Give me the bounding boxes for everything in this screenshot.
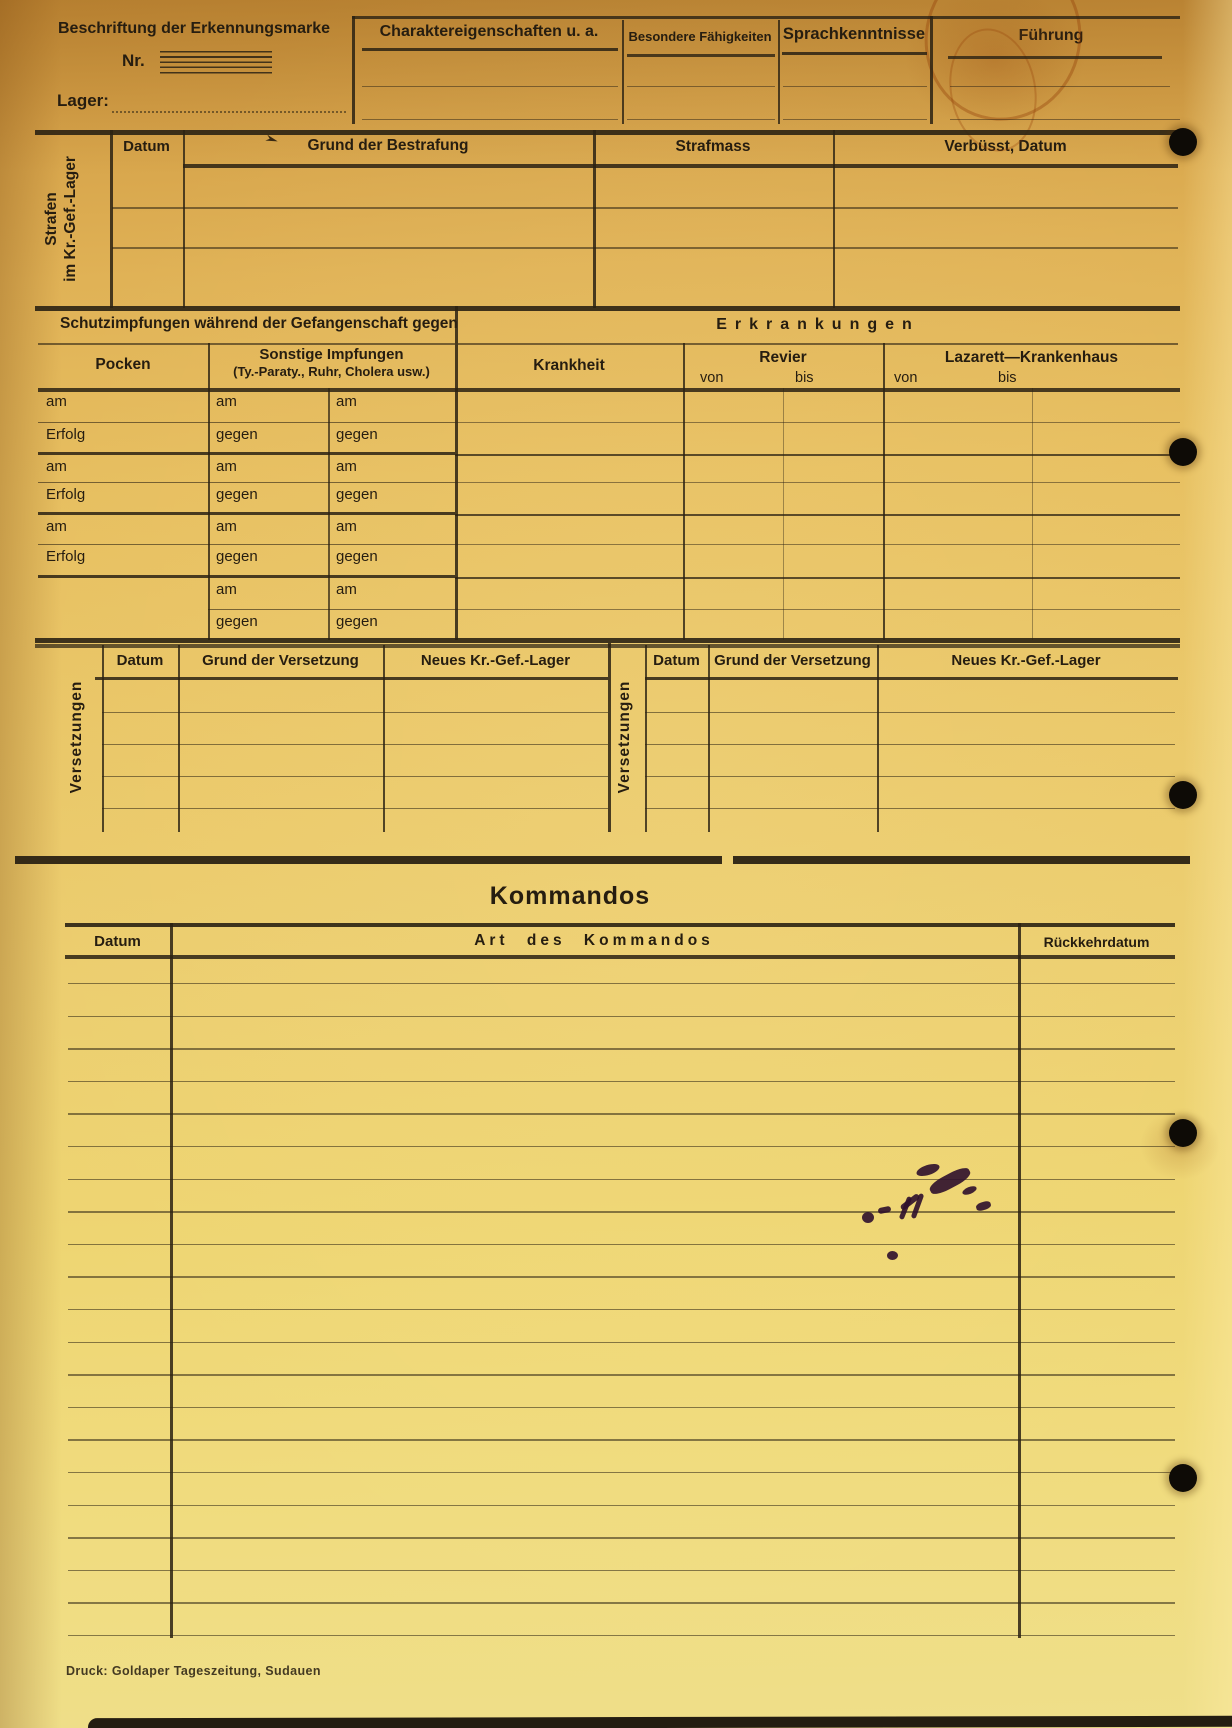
ruled-line — [68, 1374, 1175, 1375]
vaccinations-header-other-line1: Sonstige Impfungen — [208, 346, 455, 363]
vaccination-cell: gegen — [328, 545, 455, 578]
ruled-line — [68, 1472, 1175, 1473]
rule — [930, 16, 933, 124]
vaccination-cell: am — [328, 455, 455, 483]
punishments-side-label: Strafen im Kr.-Gef.-Lager — [42, 130, 102, 308]
transfers-left-header-new-camp: Neues Kr.-Gef.-Lager — [383, 652, 608, 669]
ruled-line — [68, 1048, 1175, 1049]
ink-splatter — [915, 1162, 941, 1179]
camp-dotted-line — [112, 95, 346, 113]
rule — [627, 54, 775, 57]
rule — [683, 343, 685, 640]
vaccinations-header-smallpox: Pocken — [38, 356, 208, 374]
rule — [352, 16, 1180, 19]
ruled-line — [68, 1179, 1175, 1180]
rule — [458, 343, 1178, 345]
rule — [948, 56, 1162, 59]
vaccination-cell: gegen — [208, 610, 328, 640]
punishments-side-label-line2: im Kr.-Gef.-Lager — [61, 130, 80, 308]
vaccination-cell: am — [328, 578, 455, 610]
ruled-line — [68, 1146, 1175, 1147]
ruled-line — [68, 983, 1175, 984]
transfers-right-side-label: Versetzungen — [616, 647, 640, 827]
rule — [455, 482, 1180, 483]
rule — [65, 923, 1175, 927]
transfers-left-side-label: Versetzungen — [68, 647, 92, 827]
rule — [35, 306, 1180, 311]
rule — [627, 119, 775, 120]
illnesses-header-sickbay: Revier — [683, 349, 883, 367]
rule — [627, 86, 775, 87]
rule — [645, 645, 647, 832]
punch-hole — [1169, 781, 1197, 809]
ruled-line — [68, 1342, 1175, 1343]
vaccination-cell: am — [38, 455, 208, 483]
vaccination-cell: Erfolg — [38, 545, 208, 578]
rule — [455, 422, 1180, 423]
ruled-line — [68, 1276, 1175, 1277]
punishments-header-date: Datum — [110, 138, 183, 155]
vaccination-cell: gegen — [328, 483, 455, 515]
illnesses-header-hospital: Lazarett—Krankenhaus — [883, 349, 1180, 367]
rule — [950, 119, 1180, 120]
punishments-header-served-date: Verbüsst, Datum — [833, 138, 1178, 156]
rule — [1018, 923, 1021, 1638]
printer-imprint: Druck: Goldaper Tageszeitung, Sudauen — [66, 1664, 321, 1678]
illnesses-header-disease: Krankheit — [455, 357, 683, 375]
punishments-header-reason: Grund der Bestrafung — [183, 137, 593, 155]
ruled-line — [68, 1081, 1175, 1082]
pow-record-card-back: Beschriftung der Erkennungsmarke Nr. Lag… — [0, 0, 1232, 1728]
rule — [455, 609, 1180, 610]
rule — [608, 643, 611, 832]
vaccination-cell: gegen — [328, 423, 455, 455]
camp-label: Lager: — [57, 91, 109, 111]
ink-splatter — [887, 1251, 898, 1260]
rule — [183, 130, 185, 308]
rule — [645, 776, 1175, 777]
rule — [883, 343, 885, 640]
ink-splatter — [878, 1206, 892, 1215]
vaccination-cell: Erfolg — [38, 483, 208, 515]
rule — [782, 52, 927, 55]
punch-hole — [1169, 128, 1197, 156]
rule — [593, 130, 596, 308]
rule — [170, 923, 173, 1638]
ruled-line — [68, 1113, 1175, 1114]
rule — [102, 645, 104, 832]
hospital-to-label: bis — [998, 370, 1017, 386]
scan-edge-bottom — [88, 1716, 1232, 1728]
column-header-conduct: Führung — [934, 27, 1168, 45]
id-block-title: Beschriftung der Erkennungsmarke — [58, 20, 350, 38]
vaccinations-title: Schutzimpfungen während der Gefangenscha… — [60, 315, 458, 333]
rule — [15, 856, 722, 864]
rule — [455, 306, 458, 640]
id-number-write-lines — [160, 51, 272, 75]
work-details-header-date: Datum — [65, 933, 170, 950]
work-details-header-type: Art des Kommandos — [170, 932, 1018, 950]
punch-hole — [1169, 438, 1197, 466]
ruled-line — [68, 1570, 1175, 1571]
rule — [352, 16, 355, 124]
vaccination-cell: am — [328, 515, 455, 545]
punch-hole — [1169, 1464, 1197, 1492]
rule — [778, 20, 780, 124]
column-header-character-traits: Charaktereigenschaften u. a. — [358, 23, 620, 41]
column-header-language-skills: Sprachkenntnisse — [780, 25, 928, 44]
vaccination-cell: gegen — [328, 610, 455, 640]
rule — [645, 712, 1175, 713]
ruled-line — [68, 1635, 1175, 1636]
vaccination-cell: gegen — [208, 423, 328, 455]
rule — [38, 343, 455, 345]
rule — [950, 86, 1170, 87]
rust-stain-arc — [906, 0, 1100, 138]
rule — [877, 645, 879, 832]
rule — [183, 164, 1178, 168]
hospital-from-label: von — [894, 370, 917, 386]
work-details-title: Kommandos — [380, 882, 760, 911]
vaccination-cell: am — [38, 515, 208, 545]
rule — [112, 207, 1178, 209]
rule — [362, 119, 618, 120]
rule — [733, 856, 1190, 864]
rule — [783, 119, 927, 120]
vaccinations-header-other-line2: (Ty.-Paraty., Ruhr, Cholera usw.) — [208, 364, 455, 379]
vaccination-cell: am — [38, 390, 208, 423]
ruled-line — [68, 1244, 1175, 1245]
rule — [95, 677, 608, 680]
rule — [112, 247, 1178, 249]
punishments-header-sentence: Strafmass — [593, 138, 833, 156]
transfers-right-header-date: Datum — [645, 652, 708, 669]
rule — [645, 677, 1178, 680]
work-details-header-return-date: Rückkehrdatum — [1018, 934, 1175, 950]
punishments-side-label-line1: Strafen — [42, 130, 61, 308]
ruled-line — [68, 1016, 1175, 1017]
rule — [455, 544, 1180, 545]
illnesses-title: Erkrankungen — [458, 316, 1178, 334]
ruled-line — [68, 1505, 1175, 1506]
rule — [35, 130, 1178, 135]
rule — [178, 645, 180, 832]
ruled-line — [68, 1407, 1175, 1408]
id-number-label: Nr. — [122, 51, 145, 71]
punch-hole — [1169, 1119, 1197, 1147]
ruled-line — [68, 1211, 1175, 1212]
rule — [383, 645, 385, 832]
ink-splatter — [862, 1212, 874, 1223]
vaccination-cell: gegen — [208, 483, 328, 515]
transfers-right-header-new-camp: Neues Kr.-Gef.-Lager — [877, 652, 1175, 669]
sickbay-from-label: von — [700, 370, 723, 386]
ink-splatter — [961, 1184, 978, 1196]
rule — [455, 514, 1180, 516]
rule — [362, 86, 618, 87]
ruled-line — [68, 1537, 1175, 1538]
rule — [645, 744, 1175, 745]
transfers-left-header-date: Datum — [102, 652, 178, 669]
transfers-left-header-reason: Grund der Versetzung — [178, 652, 383, 669]
rule — [455, 454, 1180, 456]
vaccination-cell: am — [208, 578, 328, 610]
sickbay-to-label: bis — [795, 370, 814, 386]
rule — [833, 130, 835, 308]
vaccination-cell: gegen — [208, 545, 328, 578]
ruled-line — [68, 1439, 1175, 1440]
rule — [362, 48, 618, 51]
vaccination-cell: am — [328, 390, 455, 423]
ruled-line — [68, 1309, 1175, 1310]
rule — [35, 638, 1180, 643]
rule — [455, 577, 1180, 579]
ruled-line — [68, 1602, 1175, 1603]
rule — [110, 130, 113, 308]
vaccination-cell: am — [208, 515, 328, 545]
vaccination-cell: Erfolg — [38, 423, 208, 455]
vaccination-cell: am — [208, 390, 328, 423]
rule — [622, 20, 624, 124]
rule — [65, 955, 1175, 959]
column-header-special-abilities: Besondere Fähigkeiten — [624, 29, 776, 44]
rule — [645, 808, 1175, 809]
transfers-right-header-reason: Grund der Versetzung — [708, 652, 877, 669]
rule — [783, 86, 927, 87]
rule — [708, 645, 710, 832]
vaccination-cell: am — [208, 455, 328, 483]
